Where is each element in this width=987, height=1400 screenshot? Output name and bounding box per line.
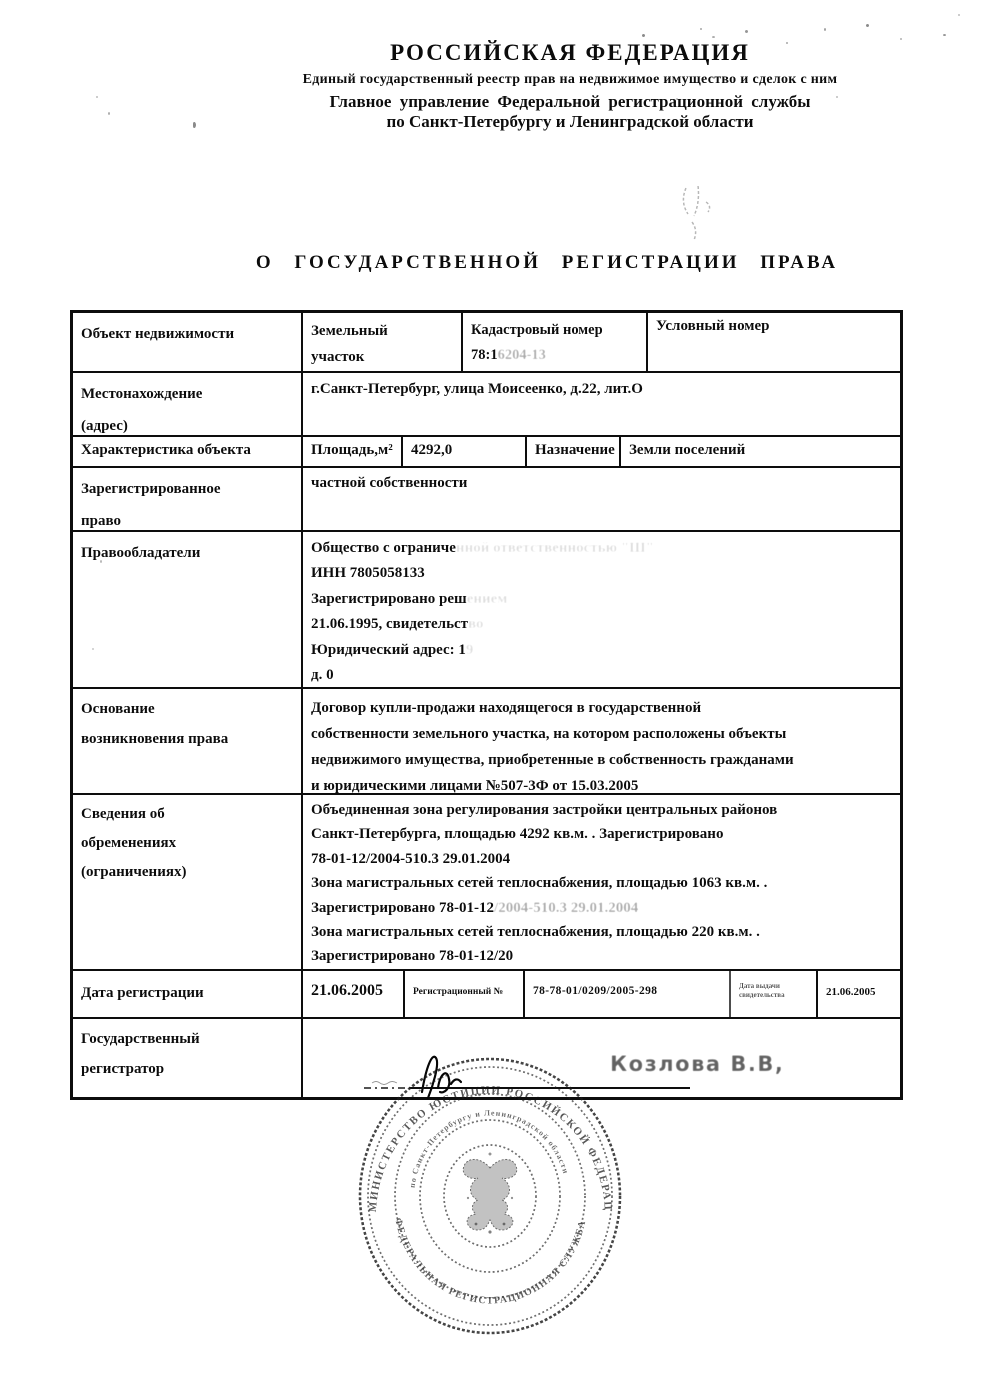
row-object: Объект недвижимости Земельный участок Ка… xyxy=(73,313,900,371)
rights-holder-line4: 21.06.1995, свидетельство xyxy=(311,612,892,637)
conditional-number-label: Условный номер xyxy=(646,313,900,371)
rh-l4: 21.06.1995, свидетельст xyxy=(311,616,468,632)
row-registered-right: Зарегистрированное право частной собстве… xyxy=(73,466,900,530)
svg-text:ФЕДЕРАЛЬНАЯ РЕГИСТРАЦИОННАЯ СЛ: ФЕДЕРАЛЬНАЯ РЕГИСТРАЦИОННАЯ СЛУЖБА xyxy=(392,1217,588,1306)
row-basis: Основание возникновения права Договор ку… xyxy=(73,687,900,793)
row-characteristics: Характеристика объекта Площадь,м² 4292,0… xyxy=(73,435,900,466)
rights-holder-label: Правообладатели xyxy=(73,532,301,687)
registration-number-label: Регистрационный № xyxy=(403,971,523,1017)
rh-l3: Зарегистрировано реш xyxy=(311,591,467,607)
row-rights-holder: Правообладатели Общество с ограниченной … xyxy=(73,530,900,687)
encumbrances-part1: Объединенная зона регулирования застройк… xyxy=(311,798,892,896)
basis-label: Основание возникновения права xyxy=(73,689,301,793)
rights-holder-line5: Юридический адрес: 19 xyxy=(311,638,892,663)
encumbrances-part2: Зона магистральных сетей теплоснабжения,… xyxy=(311,920,892,969)
authority-line2: по Санкт-Петербургу и Ленинградской обла… xyxy=(130,112,987,132)
letterhead: РОССИЙСКАЯ ФЕДЕРАЦИЯ Единый государствен… xyxy=(130,40,987,132)
issue-date-value: 21.06.2005 xyxy=(816,971,900,1017)
enc-l5-faded: /2004-510.3 29.01.2004 xyxy=(494,900,638,916)
scanned-certificate-page: РОССИЙСКАЯ ФЕДЕРАЦИЯ Единый государствен… xyxy=(0,0,987,1400)
purpose-label: Назначение xyxy=(525,437,619,466)
seal-eagle-emblem xyxy=(463,1153,517,1234)
rights-holder-value: Общество с ограниченной ответственностью… xyxy=(301,532,900,687)
registry-subtitle: Единый государственный реестр прав на не… xyxy=(130,72,987,88)
certificate-table: Объект недвижимости Земельный участок Ка… xyxy=(70,310,903,1100)
rights-holder-line6: д. 0 xyxy=(311,663,892,687)
registration-date-value: 21.06.2005 xyxy=(301,971,403,1017)
characteristics-label: Характеристика объекта xyxy=(73,437,301,466)
area-label: Площадь,м² xyxy=(301,437,401,466)
cadastral-label: Кадастровый номер xyxy=(471,318,638,343)
row-encumbrances: Сведения об обременениях (ограничениях) … xyxy=(73,793,900,969)
rh-l1: Общество с ограниче xyxy=(311,540,456,556)
registered-right-label: Зарегистрированное право xyxy=(73,468,301,530)
enc-l5: Зарегистрировано 78-01-12 xyxy=(311,900,494,916)
cadastral-number-faded: 6204-13 xyxy=(498,347,546,363)
registration-date-label: Дата регистрации xyxy=(73,971,301,1017)
cadastral-number-visible: 78:1 xyxy=(471,347,498,363)
rh-l5: Юридический адрес: 1 xyxy=(311,642,466,658)
location-label: Местонахождение (адрес) xyxy=(73,373,301,435)
rh-l4-faded: во xyxy=(468,616,484,632)
encumbrances-line5: Зарегистрировано 78-01-12/2004-510.3 29.… xyxy=(311,896,892,920)
issue-date-label: Дата выдачи свидетельства xyxy=(729,971,816,1017)
purpose-value: Земли поселений xyxy=(619,437,900,466)
basis-value: Договор купли-продажи находящегося в гос… xyxy=(301,689,900,793)
object-value: Земельный участок xyxy=(301,313,461,371)
encumbrances-label: Сведения об обременениях (ограничениях) xyxy=(73,795,301,969)
registration-number-value: 78-78-01/0209/2005-298 xyxy=(523,971,729,1017)
area-value: 4292,0 xyxy=(401,437,525,466)
cadastral-number: 78:16204-13 xyxy=(471,343,638,368)
rights-holder-line3: Зарегистрировано решением xyxy=(311,587,892,612)
registered-right-value: частной собственности xyxy=(301,468,900,530)
official-seal-stamp: МИНИСТЕРСТВО ЮСТИЦИИ РОССИЙСКОЙ ФЕДЕРАЦИ… xyxy=(348,1048,633,1338)
encumbrances-value: Объединенная зона регулирования застройк… xyxy=(301,795,900,969)
rh-l5-faded: 9 xyxy=(466,642,474,658)
rh-l3-faded: ением xyxy=(467,591,508,607)
document-title: О ГОСУДАРСТВЕННОЙ РЕГИСТРАЦИИ ПРАВА xyxy=(107,252,987,274)
ink-smudge xyxy=(648,182,728,252)
cadastral-cell: Кадастровый номер 78:16204-13 xyxy=(461,313,646,371)
object-label: Объект недвижимости xyxy=(73,313,301,371)
rights-holder-line2: ИНН 7805058133 xyxy=(311,561,892,586)
registrar-label: Государственный регистратор xyxy=(73,1019,301,1097)
rights-holder-line1: Общество с ограниченной ответственностью… xyxy=(311,536,892,561)
row-registration: Дата регистрации 21.06.2005 Регистрацион… xyxy=(73,969,900,1017)
stamp-middle-text: ФЕДЕРАЛЬНАЯ РЕГИСТРАЦИОННАЯ СЛУЖБА xyxy=(392,1217,588,1306)
rh-l1-faded: нной ответственностью "Ш" xyxy=(456,540,654,556)
authority-line1: Главное управление Федеральной регистрац… xyxy=(130,92,987,112)
location-value: г.Санкт-Петербург, улица Моисеенко, д.22… xyxy=(301,373,900,435)
country-title: РОССИЙСКАЯ ФЕДЕРАЦИЯ xyxy=(130,40,987,66)
row-location: Местонахождение (адрес) г.Санкт-Петербур… xyxy=(73,371,900,435)
